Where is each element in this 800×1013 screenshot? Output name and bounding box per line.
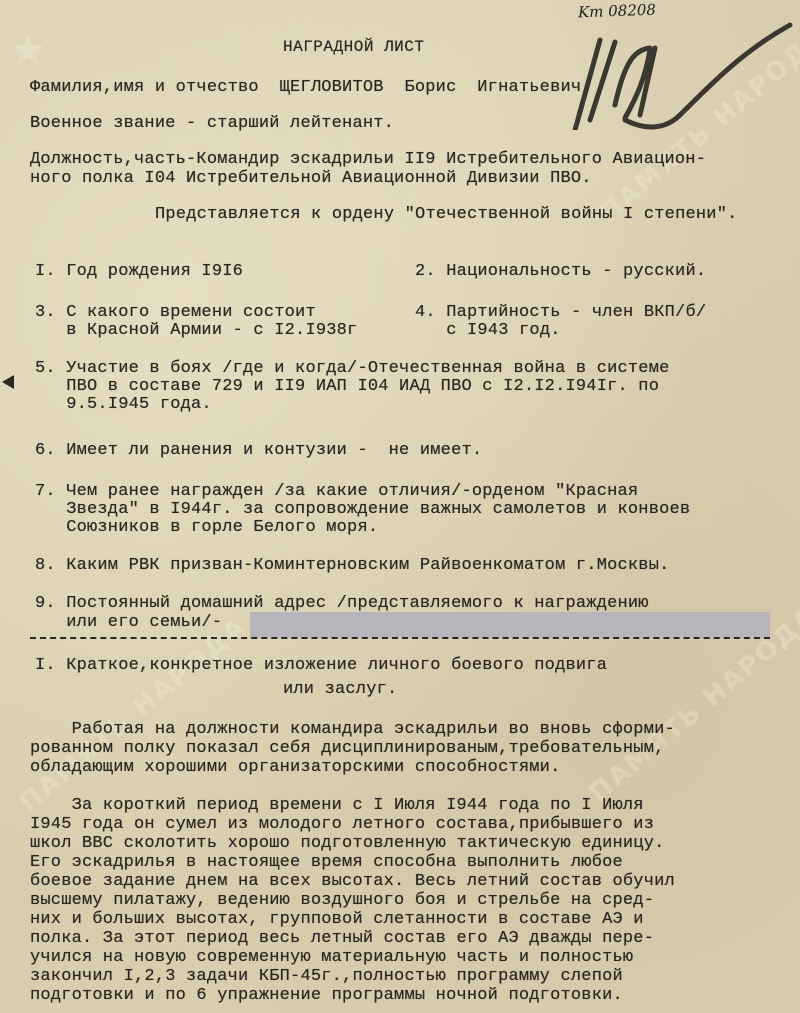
body-p1-line: рованном полку показал себя дисциплиниро… [30,739,665,759]
body-p2-line: закончил I,2,3 задачи КБП-45г.,полностью… [30,967,623,987]
signature-icon [555,20,795,130]
nomination-line: Представляется к ордену "Отечественной в… [155,205,738,225]
item-combat-1: 5. Участие в боях /где и когда/-Отечеств… [35,359,670,379]
body-p1-line: Работая на должности командира эскадриль… [30,720,675,740]
item-combat-2: ПВО в составе 729 и II9 ИАП I04 ИАД ПВО … [35,377,659,397]
section-heading-2: или заслуг. [283,680,397,700]
body-p2-line: школ ВВС сколотить хорошо подготовленную… [30,834,665,854]
item-wounds: 6. Имеет ли ранения и контузии - не имее… [35,441,482,461]
document-title: НАГРАДНОЙ ЛИСТ [283,37,424,57]
section-heading-1: I. Краткое,конкретное изложение личного … [35,656,607,676]
item-combat-3: 9.5.I945 года. [35,395,212,415]
item-party-2: с I943 год. [415,321,561,341]
item-draft-office: 8. Каким РВК призван-Коминтерновским Рай… [35,556,670,576]
body-p2-line: I945 года он сумел из молодого летного с… [30,815,654,835]
item-address-1: 9. Постоянный домашний адрес /представля… [35,594,649,614]
watermark-star-icon: ★ [10,10,46,84]
item-address-2: или его семьи/- [35,613,222,633]
item-prior-awards-3: Союзников в горле Белого моря. [35,518,378,538]
body-p2-line: боевое задание днем на всех высотах. Вес… [30,872,675,892]
item-party-1: 4. Партийность - член ВКП/б/ [415,303,706,323]
item-prior-awards-1: 7. Чем ранее награжден /за какие отличия… [35,482,638,502]
body-p2-line: учился на новую современную материальную… [30,948,633,968]
section-divider [30,637,770,639]
margin-arrow-icon [2,375,14,389]
body-p2-line: Его эскадрилья в настоящее время способн… [30,853,623,873]
body-p2-line: подготовки и по 6 упражнение программы н… [30,986,623,1006]
full-name-line: Фамилия,имя и отчество ЩЕГЛОВИТОВ Борис … [30,78,581,98]
rank-line: Военное звание - старший лейтенант. [30,114,394,134]
redacted-address [250,612,770,638]
item-service-since-2: в Красной Армии - с I2.I938г [35,321,357,341]
body-p2-line: высшему пилатажу, ведению воздушного боя… [30,891,654,911]
body-p2-line: За короткий период времени с I Июля I944… [30,796,644,816]
award-sheet-document: ★ ПАМЯТЬ НАРОДА ПАМЯТЬ НАРОДА ПАМЯТЬ НАР… [0,0,800,1013]
item-prior-awards-2: Звезда" в I944г. за сопровождение важных… [35,500,690,520]
position-line-1: Должность,часть-Командир эскадрильи II9 … [30,150,706,170]
body-p2-line: полка. За этот период весь летный состав… [30,929,654,949]
body-p2-line: них и больших высотах, групповой слетанн… [30,910,644,930]
body-p1-line: обладающим хорошими организаторскими спо… [30,758,561,778]
item-nationality: 2. Национальность - русский. [415,262,706,282]
watermark-text: ПАМЯТЬ НАРОДА [14,611,253,818]
item-service-since-1: 3. С какого времени состоит [35,303,316,323]
archive-number: Km 08208 [578,1,657,22]
position-line-2: ного полка I04 Истребительной Авиационно… [30,169,592,189]
item-birth-year: I. Год рождения I9I6 [35,262,243,282]
